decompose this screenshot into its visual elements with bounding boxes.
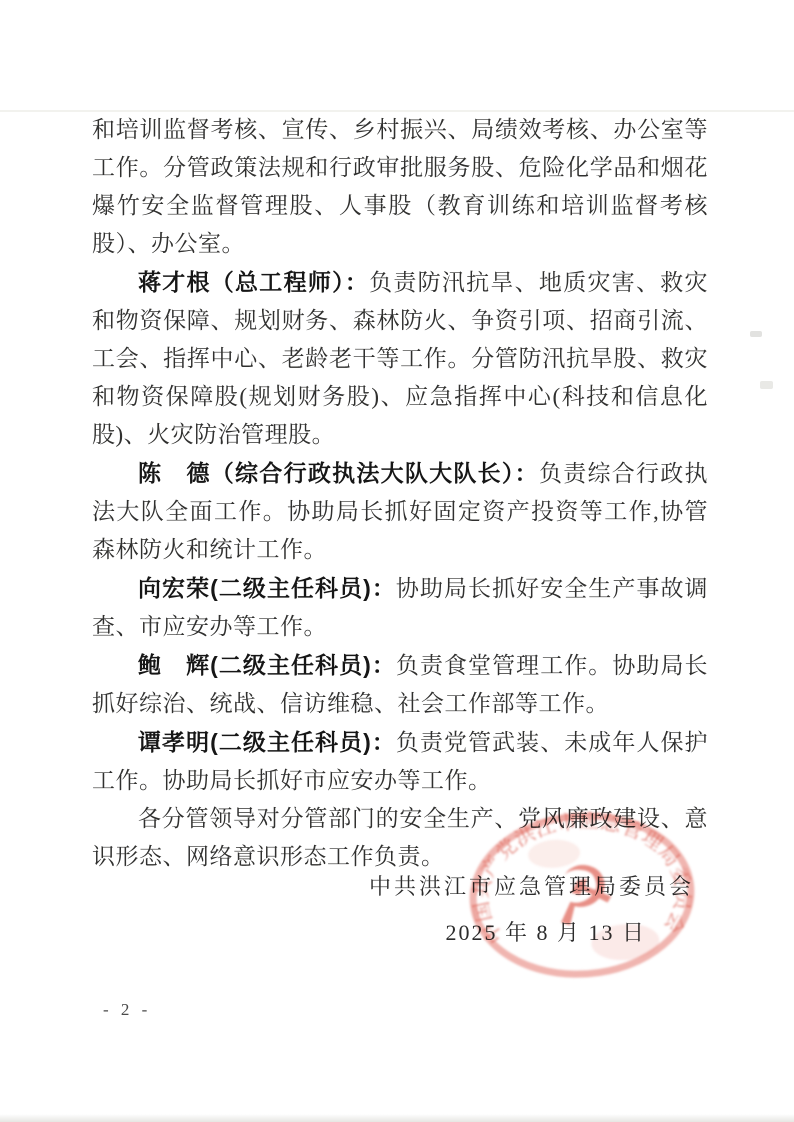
scan-artifact: [750, 331, 762, 337]
paragraph-lead-bold: 蒋才根（总工程师）：: [138, 269, 369, 295]
scanned-document-page: 和培训监督考核、宣传、乡村振兴、局绩效考核、办公室等工作。分管政策法规和行政审批…: [0, 0, 794, 1122]
paragraph-lead-bold: 鲍 辉(二级主任科员)：: [138, 652, 396, 678]
paragraph-lead-bold: 谭孝明(二级主任科员)：: [138, 729, 396, 755]
hammer-and-sickle-icon: ☭: [537, 842, 627, 946]
paragraph-lead-bold: 陈 德（综合行政执法大队大队长）：: [138, 460, 539, 486]
paragraph: 蒋才根（总工程师）：负责防汛抗旱、地质灾害、救灾和物资保障、规划财务、森林防火、…: [92, 263, 708, 454]
paragraph-text: 和培训监督考核、宣传、乡村振兴、局绩效考核、办公室等工作。分管政策法规和行政审批…: [92, 117, 708, 256]
scan-edge-shadow: [0, 1114, 794, 1122]
official-seal-stamp: 中国共产党洪江市应急管理局委员会 ☭: [455, 789, 708, 1001]
paragraph: 谭孝明(二级主任科员)：负责党管武装、未成年人保护工作。协助局长抓好市应安办等工…: [92, 723, 708, 800]
paragraph: 向宏荣(二级主任科员)：协助局长抓好安全生产事故调查、市应安办等工作。: [92, 569, 708, 646]
page-number: - 2 -: [103, 1000, 151, 1020]
paragraph: 陈 德（综合行政执法大队大队长）：负责综合行政执法大队全面工作。协助局长抓好固定…: [92, 454, 708, 569]
paragraph-lead-bold: 向宏荣(二级主任科员)：: [138, 575, 396, 601]
paragraph: 和培训监督考核、宣传、乡村振兴、局绩效考核、办公室等工作。分管政策法规和行政审批…: [92, 111, 708, 263]
scan-artifact: [760, 381, 773, 389]
paragraph: 鲍 辉(二级主任科员)：负责食堂管理工作。协助局长抓好综治、统战、信访维稳、社会…: [92, 646, 708, 723]
document-body: 和培训监督考核、宣传、乡村振兴、局绩效考核、办公室等工作。分管政策法规和行政审批…: [92, 111, 708, 876]
paragraph-text: 负责防汛抗旱、地质灾害、救灾和物资保障、规划财务、森林防火、争资引项、招商引流、…: [92, 270, 708, 447]
